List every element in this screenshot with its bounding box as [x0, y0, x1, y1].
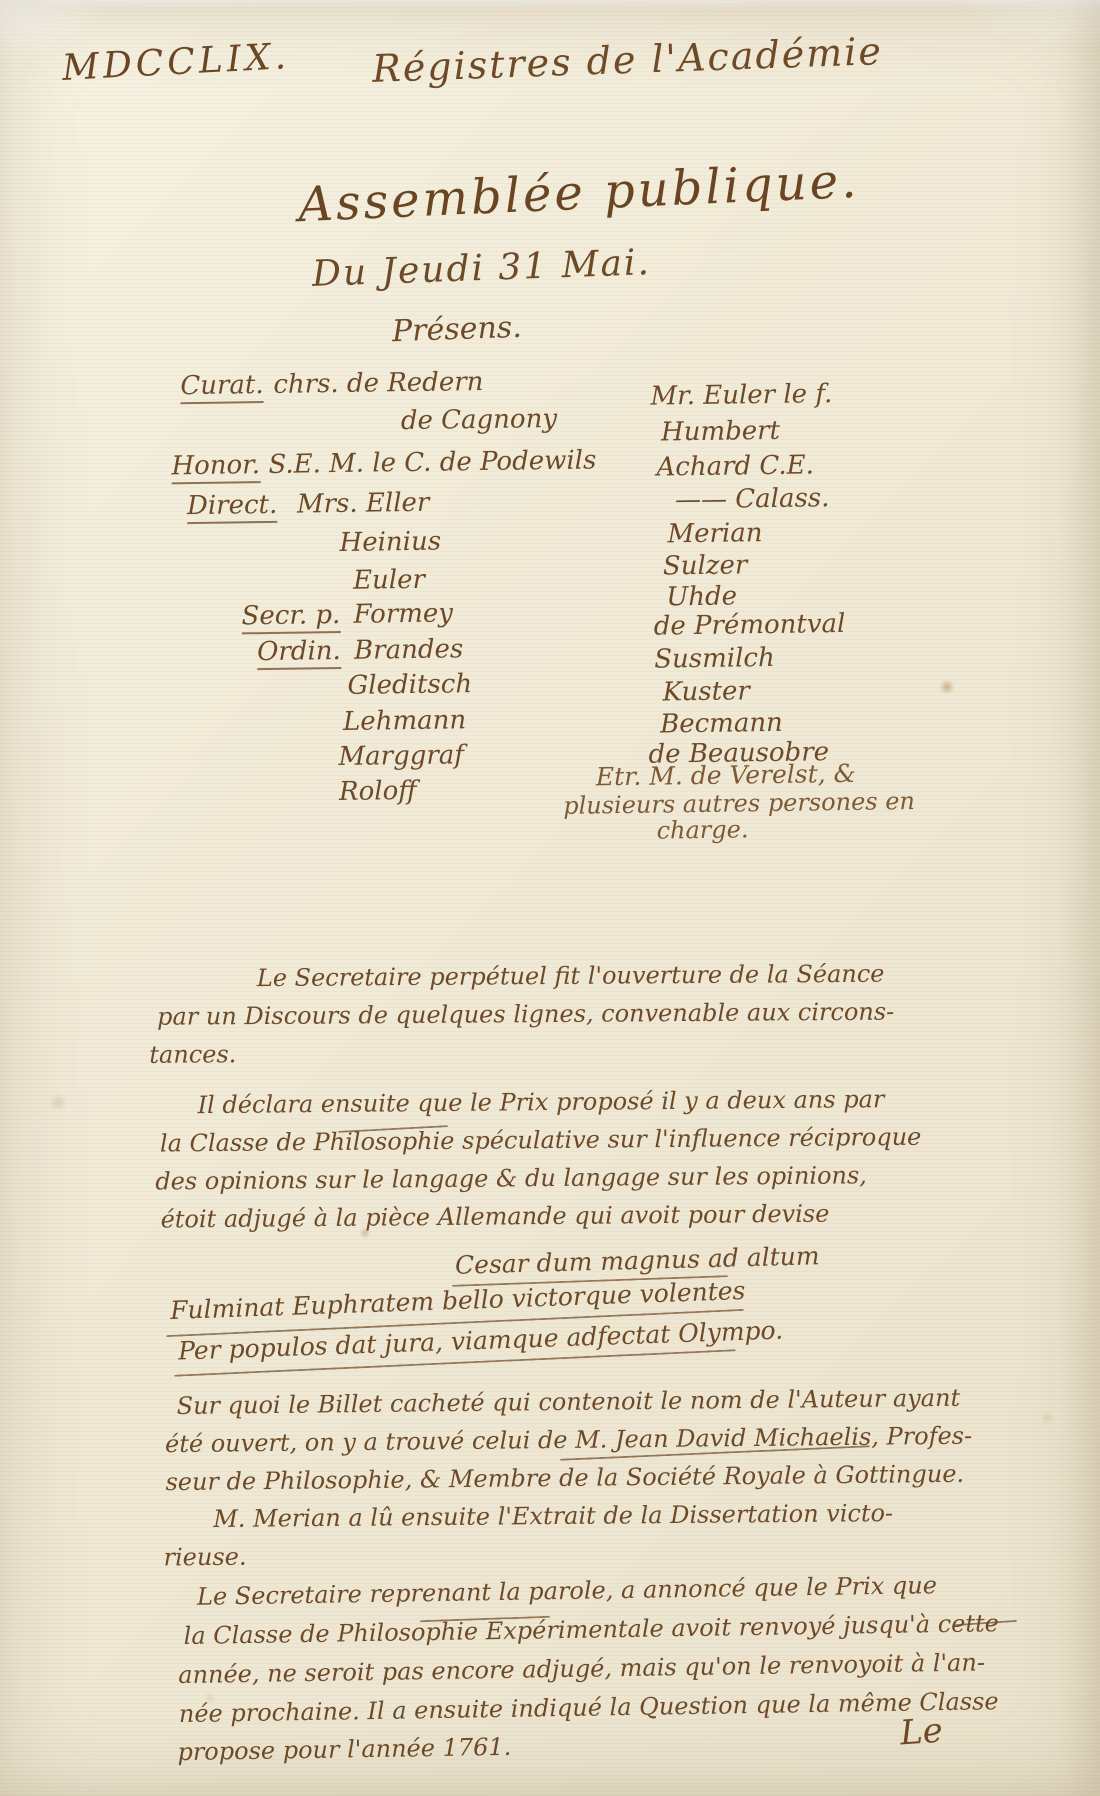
attendee-column-left: Curat. chrs. de Redern de Cagnony Honor.…	[0, 0, 1100, 8]
body-line: Sur quoi le Billet cacheté qui contenoit…	[177, 1384, 961, 1420]
attendee-name: Susmilch	[654, 643, 775, 675]
paragraph-experimental-prize: Le Secretaire reprenant la parole, a ann…	[0, 0, 1100, 9]
latin-verse-line: Cesar dum magnus ad altum	[455, 1241, 820, 1280]
paragraph-sealed-billet: Sur quoi le Billet cacheté qui contenoit…	[0, 0, 1100, 6]
body-line: Le Secretaire perpétuel fit l'ouverture …	[257, 960, 885, 992]
body-line: rieuse.	[163, 1543, 246, 1572]
body-line: Le Secretaire reprenant la parole, a ann…	[197, 1571, 937, 1611]
paragraph-opening: Le Secretaire perpétuel fit l'ouverture …	[0, 0, 1100, 4]
attendee-name: Kuster	[662, 676, 750, 707]
body-line: propose pour l'année 1761.	[177, 1733, 511, 1766]
body-line: seur de Philosophie, & Membre de la Soci…	[165, 1460, 964, 1496]
attendee-name: de Prémontval	[654, 609, 846, 642]
manuscript-scan: MDCCLIX. Régistres de l'Académie Assembl…	[0, 0, 1100, 1796]
attendee-name: Becmann	[660, 708, 783, 740]
paragraph-merian-reading: M. Merian a lû ensuite l'Extrait de la D…	[0, 0, 1100, 5]
body-line: Il déclara ensuite que le Prix proposé i…	[198, 1085, 885, 1119]
paragraph-prize-declaration: Il déclara ensuite que le Prix proposé i…	[0, 0, 1100, 5]
body-line: M. Merian a lû ensuite l'Extrait de la D…	[213, 1499, 893, 1533]
body-line: la Classe de Philosophie spéculative sur…	[160, 1123, 922, 1158]
attendee-name: —— Calass.	[675, 483, 830, 515]
body-line: née prochaine. Il a ensuite indiqué la Q…	[179, 1687, 999, 1728]
attendee-name: Humbert	[661, 416, 780, 448]
latin-verse-line: Per populos dat jura, viamque adfectat O…	[178, 1315, 784, 1365]
note-text: Etr. M. de Verelst, &	[596, 759, 856, 792]
session-title: Assemblée publique.	[297, 153, 860, 233]
body-line: la Classe de Philosophie Expérimentale a…	[183, 1609, 999, 1650]
latin-verse-line: Fulminat Euphratem bello victorque volen…	[170, 1276, 746, 1325]
catchword: Le	[899, 1711, 944, 1754]
attendee-column-right: Mr. Euler le f. Humbert Achard C.E. —— C…	[0, 0, 1100, 8]
session-date: Du Jeudi 31 Mai.	[311, 242, 651, 295]
attendee-name: Achard C.E.	[656, 450, 814, 482]
note-text: charge.	[656, 815, 748, 844]
year-marginal: MDCCLIX.	[61, 36, 291, 89]
attendee-name: Sulzer	[663, 550, 748, 581]
body-line: par un Discours de quelques lignes, conv…	[157, 998, 894, 1031]
body-line: étoit adjugé à la pièce Allemande qui av…	[161, 1200, 830, 1234]
presents-heading: Présens.	[391, 310, 522, 350]
body-line: année, ne seroit pas encore adjugé, mais…	[178, 1648, 985, 1689]
body-line: tances.	[149, 1040, 236, 1069]
body-line: été ouvert, on y a trouvé celui de M. Je…	[165, 1422, 972, 1458]
attendee-name: Uhde	[666, 581, 737, 612]
attendee-name: Merian	[667, 518, 762, 549]
body-line: des opinions sur le langage & du langage…	[155, 1161, 867, 1195]
attendee-name: Mr. Euler le f.	[650, 379, 832, 412]
register-title: Régistres de l'Académie	[371, 29, 883, 91]
